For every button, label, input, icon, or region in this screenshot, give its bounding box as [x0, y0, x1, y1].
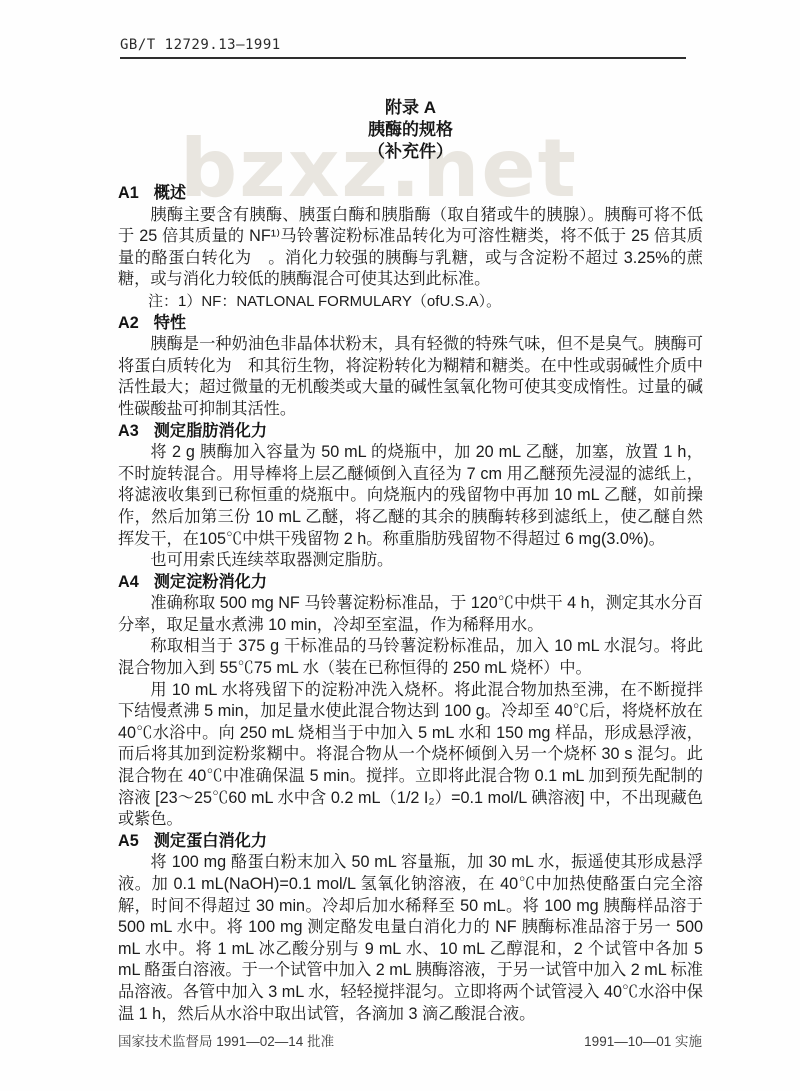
section-code: A1 — [118, 184, 139, 202]
document-title: 胰酶的规格 — [118, 119, 703, 141]
section-title: 测定脂肪消化力 — [154, 422, 267, 440]
section-heading: A2特性 — [118, 313, 703, 335]
title-block: 附录 A 胰酶的规格 （补充件） — [118, 97, 703, 163]
implementation-date: 1991—10—01 实施 — [584, 1030, 702, 1050]
paragraph: 也可用索氏连续萃取器测定脂肪。 — [118, 550, 703, 572]
paragraph: 用 10 mL 水将残留下的淀粉冲洗入烧杯。将此混合物加热至沸，在不断搅拌下结慢… — [118, 680, 703, 831]
paragraph: 胰酶是一种奶油色非晶体状粉末，具有轻微的特殊气味，但不是臭气。胰酶可将蛋白质转化… — [118, 334, 703, 420]
document-page: bzxz.net GB/T 12729.13—1991 附录 A 胰酶的规格 （… — [0, 0, 800, 1091]
paragraph: 将 100 mg 酪蛋白粉末加入 50 mL 容量瓶，加 30 mL 水，振遥使… — [118, 852, 703, 1025]
section-title: 特性 — [154, 314, 186, 332]
footnote: 注：1）NF：NATLONAL FORMULARY（ofU.S.A）。 — [118, 291, 703, 313]
standard-number: GB/T 12729.13—1991 — [120, 37, 281, 53]
section-title: 测定蛋白消化力 — [154, 832, 267, 850]
paragraph: 将 2 g 胰酶加入容量为 50 mL 的烧瓶中，加 20 mL 乙醚，加塞，放… — [118, 442, 703, 550]
appendix-label: 附录 A — [118, 97, 703, 119]
section-heading: A3测定脂肪消化力 — [118, 421, 703, 443]
section-title: 概述 — [154, 184, 186, 202]
section-code: A4 — [118, 573, 139, 591]
paragraph: 称取相当于 375 g 干标准品的马铃薯淀粉标准品，加入 10 mL 水混匀。将… — [118, 636, 703, 679]
section-heading: A4测定淀粉消化力 — [118, 572, 703, 594]
supplement-label: （补充件） — [118, 141, 703, 163]
paragraph: 准确称取 500 mg NF 马铃薯淀粉标准品，于 120℃中烘干 4 h，测定… — [118, 593, 703, 636]
paragraph: 胰酶主要含有胰酶、胰蛋白酶和胰脂酶（取自猪或牛的胰腺）。胰酶可将不低于 25 倍… — [118, 205, 703, 291]
section-code: A2 — [118, 314, 139, 332]
page-footer: 国家技术监督局 1991—02—14 批准 1991—10—01 实施 — [118, 1030, 702, 1050]
section-code: A5 — [118, 832, 139, 850]
section-title: 测定淀粉消化力 — [154, 573, 267, 591]
section-heading: A1概述 — [118, 183, 703, 205]
section-code: A3 — [118, 422, 139, 440]
section-heading: A5测定蛋白消化力 — [118, 831, 703, 853]
approval-date: 国家技术监督局 1991—02—14 批准 — [118, 1030, 334, 1050]
document-body: A1概述胰酶主要含有胰酶、胰蛋白酶和胰脂酶（取自猪或牛的胰腺）。胰酶可将不低于 … — [118, 183, 703, 1025]
header-rule — [120, 57, 686, 59]
